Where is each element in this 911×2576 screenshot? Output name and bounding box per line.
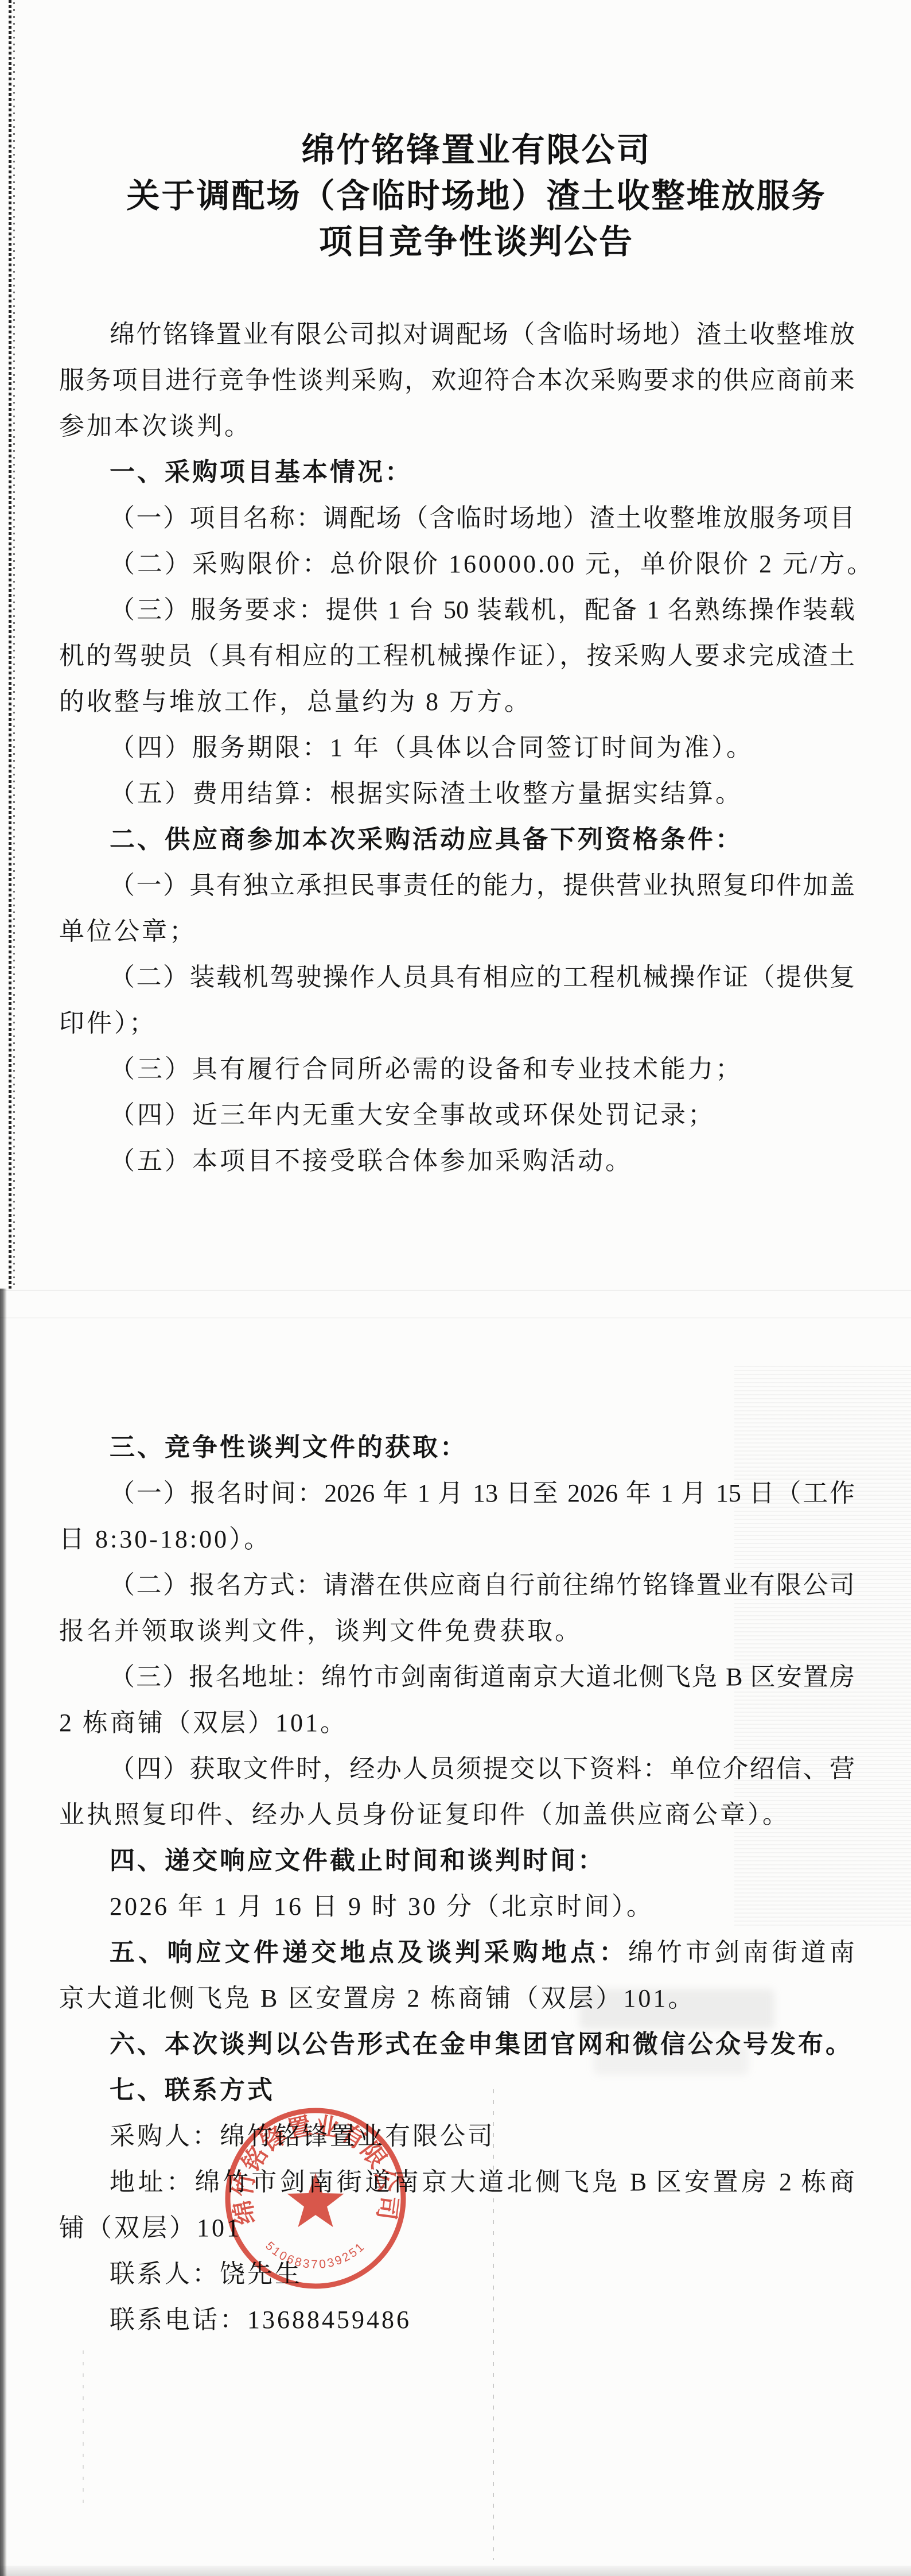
text-line: 2026 年 1 月 16 日 9 时 30 分（北京时间）。 xyxy=(59,1884,855,1930)
page2-text-body: 三、竞争性谈判文件的获取：（一）报名时间：2026 年 1 月 13 日至 20… xyxy=(59,1425,855,2343)
text-line: （三）服务要求：提供 1 台 50 装载机，配备 1 名熟练操作装载 xyxy=(59,587,855,633)
heading-line: 七、联系方式 xyxy=(59,2067,855,2113)
text-line: 联系人：饶先生 xyxy=(59,2251,855,2297)
text-line: 2 栋商铺（双层）101。 xyxy=(59,1700,855,1746)
text-line: 报名并领取谈判文件，谈判文件免费获取。 xyxy=(59,1608,855,1654)
scan-bottom-shadow xyxy=(0,2566,911,2576)
text-line: 业执照复印件、经办人员身份证复印件（加盖供应商公章）。 xyxy=(59,1792,855,1838)
text-line: （二）采购限价：总价限价 160000.00 元，单价限价 2 元/方。 xyxy=(59,541,855,587)
text-line: （一）具有独立承担民事责任的能力，提供营业执照复印件加盖 xyxy=(59,863,855,909)
title-line: 关于调配场（含临时场地）渣土收整堆放服务 xyxy=(79,173,874,219)
title-line: 项目竞争性谈判公告 xyxy=(79,219,874,265)
text-line: 参加本次谈判。 xyxy=(59,404,855,449)
text-line: （五）费用结算：根据实际渣土收整方量据实结算。 xyxy=(59,771,855,817)
title-line: 绵竹铭锋置业有限公司 xyxy=(79,127,874,173)
text-line: （四）获取文件时，经办人员须提交以下资料：单位介绍信、营 xyxy=(59,1746,855,1792)
document-title: 绵竹铭锋置业有限公司 关于调配场（含临时场地）渣土收整堆放服务 项目竞争性谈判公… xyxy=(79,127,874,265)
text-line: 联系电话：13688459486 xyxy=(59,2297,855,2343)
text-span: 绵竹市剑南街道南 xyxy=(628,1938,855,1966)
text-line: （四）近三年内无重大安全事故或环保处罚记录； xyxy=(59,1092,855,1138)
heading-line: 三、竞争性谈判文件的获取： xyxy=(59,1425,855,1471)
text-line: 地址：绵竹市剑南街道南京大道北侧飞凫 B 区安置房 2 栋商 xyxy=(59,2159,855,2205)
text-line: 印件）； xyxy=(59,1000,855,1046)
page-boundary-line xyxy=(0,1317,911,1318)
text-line: （四）服务期限：1 年（具体以合同签订时间为准）。 xyxy=(59,725,855,771)
heading-line: 四、递交响应文件截止时间和谈判时间： xyxy=(59,1838,855,1884)
text-line: （二）装载机驾驶操作人员具有相应的工程机械操作证（提供复 xyxy=(59,955,855,1000)
paper-fold-line xyxy=(83,2350,84,2511)
text-line: （一）项目名称：调配场（含临时场地）渣土收整堆放服务项目 xyxy=(59,495,855,541)
heading-prefix: 五、响应文件递交地点及谈判采购地点： xyxy=(110,1938,628,1966)
text-line: （五）本项目不接受联合体参加采购活动。 xyxy=(59,1138,855,1184)
text-line: （三）具有履行合同所必需的设备和专业技术能力； xyxy=(59,1046,855,1092)
text-line: （三）报名地址：绵竹市剑南街道南京大道北侧飞凫 B 区安置房 xyxy=(59,1654,855,1700)
page-boundary-line xyxy=(0,1290,911,1291)
heading-line: 六、本次谈判以公告形式在金申集团官网和微信公众号发布。 xyxy=(59,2022,855,2067)
text-line: 绵竹铭锋置业有限公司拟对调配场（含临时场地）渣土收整堆放 xyxy=(59,312,855,358)
text-line: （二）报名方式：请潜在供应商自行前往绵竹铭锋置业有限公司 xyxy=(59,1562,855,1608)
text-line: 京大道北侧飞凫 B 区安置房 2 栋商铺（双层）101。 xyxy=(59,1976,855,2022)
text-line: 机的驾驶员（具有相应的工程机械操作证），按采购人要求完成渣土 xyxy=(59,633,855,679)
scan-noise-strip xyxy=(7,0,17,1289)
scanned-document-page: 绵竹铭锋置业有限公司 关于调配场（含临时场地）渣土收整堆放服务 项目竞争性谈判公… xyxy=(0,0,911,2576)
heading-line: 二、供应商参加本次采购活动应具备下列资格条件： xyxy=(59,817,855,863)
text-line: 服务项目进行竞争性谈判采购，欢迎符合本次采购要求的供应商前来 xyxy=(59,358,855,404)
page1-text-body: 绵竹铭锋置业有限公司拟对调配场（含临时场地）渣土收整堆放服务项目进行竞争性谈判采… xyxy=(59,312,855,1184)
text-line: 采购人：绵竹铭锋置业有限公司 xyxy=(59,2113,855,2159)
text-line: 的收整与堆放工作，总量约为 8 万方。 xyxy=(59,679,855,725)
heading-line: 五、响应文件递交地点及谈判采购地点：绵竹市剑南街道南 xyxy=(59,1930,855,1976)
text-line: （一）报名时间：2026 年 1 月 13 日至 2026 年 1 月 15 日… xyxy=(59,1471,855,1516)
text-line: 日 8:30-18:00）。 xyxy=(59,1516,855,1562)
scan-edge-shadow xyxy=(0,1289,7,2576)
text-line: 铺（双层）101 xyxy=(59,2205,855,2251)
text-line: 单位公章； xyxy=(59,909,855,955)
heading-line: 一、采购项目基本情况： xyxy=(59,449,855,495)
